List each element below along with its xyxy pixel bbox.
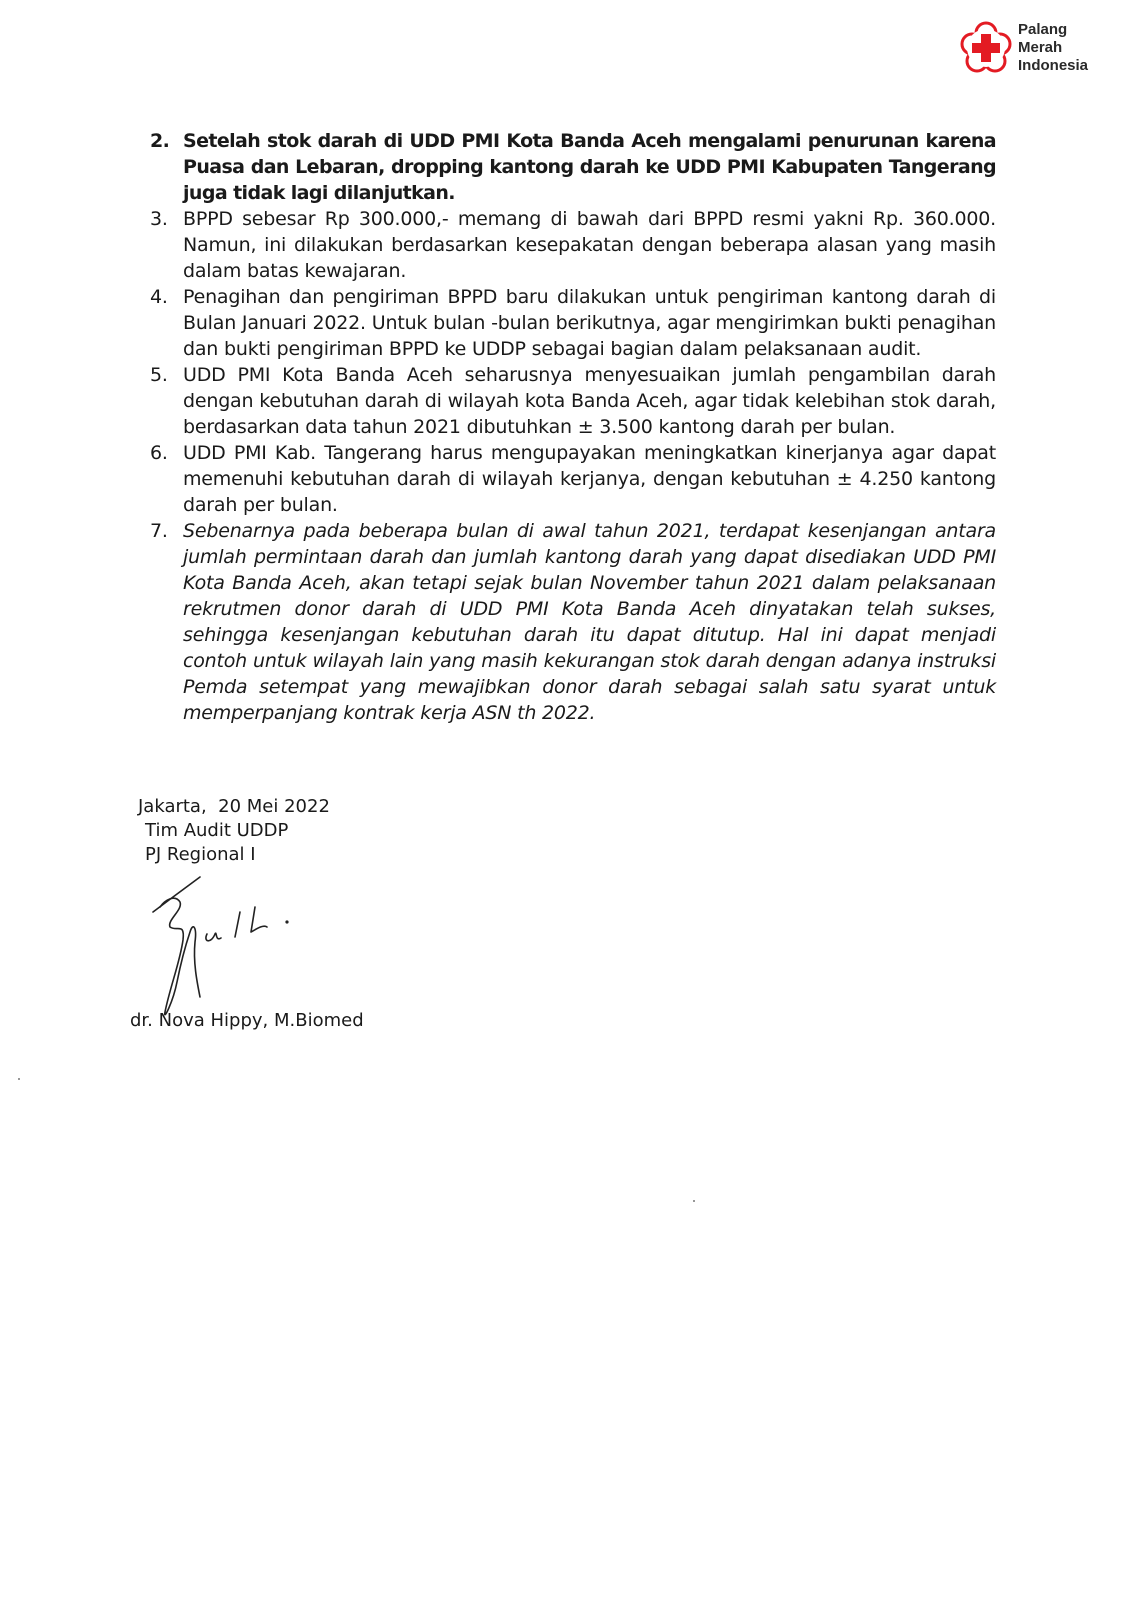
item-number: 5. <box>150 362 183 440</box>
logo-text: Palang Merah Indonesia <box>1018 21 1088 75</box>
list-item: 2. Setelah stok darah di UDD PMI Kota Ba… <box>150 128 996 206</box>
red-cross-flower-icon <box>958 20 1014 76</box>
item-number: 6. <box>150 440 183 518</box>
team-name: Tim Audit UDDP <box>138 819 330 843</box>
scan-speck <box>18 1078 20 1080</box>
list-item: 6. UDD PMI Kab. Tangerang harus mengupay… <box>150 440 996 518</box>
pmi-logo: Palang Merah Indonesia <box>958 20 1088 76</box>
list-item: 7. Sebenarnya pada beberapa bulan di awa… <box>150 518 996 726</box>
item-text: BPPD sebesar Rp 300.000,- memang di bawa… <box>183 206 996 284</box>
signer-name: dr. Nova Hippy, M.Biomed <box>130 1010 364 1031</box>
item-text: Setelah stok darah di UDD PMI Kota Banda… <box>183 128 996 206</box>
item-number: 2. <box>150 128 183 206</box>
item-number: 3. <box>150 206 183 284</box>
list-item: 5. UDD PMI Kota Banda Aceh seharusnya me… <box>150 362 996 440</box>
logo-line: Merah <box>1018 39 1088 57</box>
item-text: Penagihan dan pengiriman BPPD baru dilak… <box>183 284 996 362</box>
list-item: 3. BPPD sebesar Rp 300.000,- memang di b… <box>150 206 996 284</box>
item-number: 7. <box>150 518 183 726</box>
signer-role: PJ Regional I <box>138 843 330 867</box>
closing-block: Jakarta, 20 Mei 2022 Tim Audit UDDP PJ R… <box>138 795 330 867</box>
logo-line: Palang <box>1018 21 1088 39</box>
scan-speck <box>693 1200 695 1202</box>
logo-line: Indonesia <box>1018 57 1088 75</box>
place-date: Jakarta, 20 Mei 2022 <box>138 795 330 819</box>
item-number: 4. <box>150 284 183 362</box>
item-text: UDD PMI Kab. Tangerang harus mengupayaka… <box>183 440 996 518</box>
handwritten-signature-icon <box>145 872 315 1022</box>
list-item: 4. Penagihan dan pengiriman BPPD baru di… <box>150 284 996 362</box>
item-text: UDD PMI Kota Banda Aceh seharusnya menye… <box>183 362 996 440</box>
findings-list: 2. Setelah stok darah di UDD PMI Kota Ba… <box>150 128 996 726</box>
item-text: Sebenarnya pada beberapa bulan di awal t… <box>183 518 996 726</box>
